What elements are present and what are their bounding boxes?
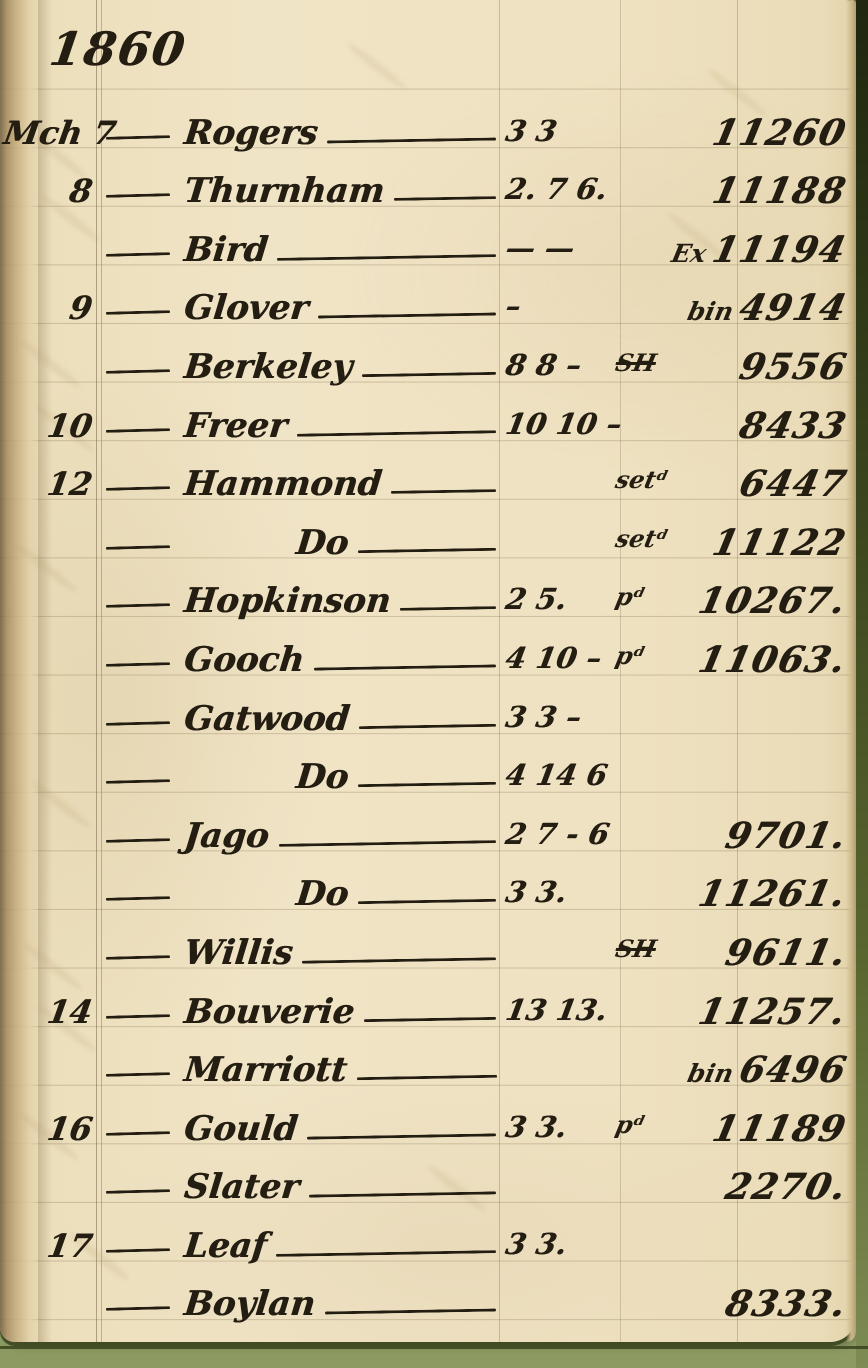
row-number: 9701. (721, 815, 850, 857)
row-number-group: 11189 (706, 1108, 846, 1150)
row-name: Gatwood (182, 702, 351, 742)
row-name-group: Rogers (184, 116, 496, 156)
row-leading-dash (106, 1014, 170, 1019)
ledger-row: 10 Freer 10 10 – 8433 (0, 390, 856, 449)
row-name-group: Bird (184, 233, 496, 273)
row-number: 11260 (709, 112, 851, 154)
row-number-group: bin 4914 (688, 287, 846, 329)
row-amount: 8 8 – (503, 348, 617, 382)
row-name: Berkeley (182, 350, 354, 390)
row-name-dash (276, 1250, 496, 1257)
ledger-row: 17 Leaf 3 3. (0, 1210, 856, 1269)
ledger-row: 16 Gould 3 3. pᵈ 11189 (0, 1093, 856, 1152)
row-number-group: 11122 (706, 522, 846, 564)
row-number-group: Ex 11194 (672, 229, 846, 271)
row-number: 8433 (735, 405, 850, 447)
ledger-row: Willis SH 9611. (0, 917, 856, 976)
row-leading-dash (106, 662, 170, 667)
row-name: Hammond (182, 467, 383, 507)
row-day: 8 (1, 172, 95, 210)
row-name-dash (277, 254, 496, 261)
row-annotation: pᵈ (613, 1110, 715, 1139)
row-name-dash (364, 1016, 496, 1021)
ledger-row: Mch 7 Rogers 3 3 11260 (0, 97, 856, 156)
row-annotation: setᵈ (613, 524, 715, 553)
row-amount: 2 7 - 6 (503, 817, 617, 851)
ledger-row: Hopkinson 2 5. pᵈ 10267. (0, 566, 856, 625)
row-number-group: 2270. (719, 1166, 846, 1208)
ledger-page: 1860 Mch 7 Rogers 3 3 11260 8 Thurnham 2… (0, 0, 856, 1342)
row-leading-dash (106, 604, 170, 609)
ledger-row: Marriott bin 6496 (0, 1035, 856, 1094)
row-leading-dash (106, 545, 170, 550)
row-number-group: 11063. (692, 639, 846, 681)
ledger-row: 8 Thurnham 2. 7 6. 11188 (0, 156, 856, 215)
row-name: Gooch (182, 643, 306, 683)
ledger-row: Do setᵈ 11122 (0, 507, 856, 566)
ledger-row: Slater 2270. (0, 1152, 856, 1211)
row-name-group: Do (184, 760, 496, 800)
row-day: 9 (1, 289, 95, 327)
row-name: Willis (182, 936, 295, 976)
row-number-prefix: bin (685, 297, 736, 326)
row-name-dash (356, 1075, 496, 1080)
row-name: Marriott (182, 1053, 349, 1093)
row-amount: – (503, 289, 617, 323)
row-day: 14 (1, 993, 95, 1031)
row-amount: 3 3. (503, 1227, 617, 1261)
row-leading-dash (106, 779, 170, 784)
year-heading: 1860 (46, 22, 190, 76)
row-name: Do (294, 760, 350, 800)
row-amount: 4 10 – (503, 641, 617, 675)
ledger-row: 12 Hammond setᵈ 6447 (0, 449, 856, 508)
row-name: Bouverie (182, 995, 356, 1035)
ledger-row: 14 Bouverie 13 13. 11257. (0, 976, 856, 1035)
row-name-dash (391, 489, 496, 494)
row-name-group: Slater (184, 1170, 496, 1210)
row-name-dash (327, 137, 496, 143)
row-number-prefix: bin (685, 1059, 736, 1088)
row-name: Rogers (182, 116, 320, 156)
book-cover-edge (856, 0, 868, 1368)
row-leading-dash (106, 721, 170, 726)
ledger-rows: Mch 7 Rogers 3 3 11260 8 Thurnham 2. 7 6… (0, 97, 856, 1327)
row-number-group: 11257. (692, 991, 846, 1033)
row-leading-dash (106, 1307, 170, 1312)
row-number-prefix: Ex (669, 239, 709, 268)
row-number: 11257. (695, 991, 851, 1033)
row-day: Mch 7 (1, 114, 95, 152)
row-amount: 13 13. (503, 993, 617, 1027)
row-name-dash (394, 196, 496, 201)
row-name: Hopkinson (182, 584, 393, 624)
row-leading-dash (106, 838, 170, 843)
row-name: Thurnham (182, 174, 386, 214)
row-name-group: Freer (184, 409, 496, 449)
row-number-group: 9556 (733, 346, 846, 388)
row-amount: 3 3. (503, 1110, 617, 1144)
cover-edge-line (0, 1346, 868, 1349)
row-name-group: Boylan (184, 1287, 496, 1327)
row-number: 11063. (695, 639, 851, 681)
row-name: Do (294, 526, 350, 566)
row-name-dash (359, 723, 496, 728)
row-name-dash (307, 1133, 496, 1139)
row-name-dash (362, 372, 496, 377)
row-number: 8333. (721, 1283, 850, 1325)
row-leading-dash (106, 1131, 170, 1136)
row-amount: 4 14 6 (503, 758, 617, 792)
row-name-group: Jago (184, 819, 496, 859)
row-leading-dash (106, 486, 170, 491)
row-amount: 10 10 – (503, 407, 617, 441)
row-name-group: Willis (184, 936, 496, 976)
row-number-group: bin 6496 (688, 1049, 846, 1091)
row-number: 4914 (735, 287, 850, 329)
row-number: 9556 (735, 346, 850, 388)
row-name-group: Bouverie (184, 995, 496, 1035)
row-name-group: Glover (184, 291, 496, 331)
row-number: 6447 (735, 463, 850, 505)
row-leading-dash (106, 955, 170, 960)
row-number: 2270. (721, 1166, 850, 1208)
ledger-row: Boylan 8333. (0, 1269, 856, 1328)
row-number-group: 11260 (706, 112, 846, 154)
row-number: 11194 (709, 229, 851, 271)
ledger-row: Do 3 3. 11261. (0, 859, 856, 918)
row-number: 11189 (709, 1108, 851, 1150)
row-name-dash (302, 957, 496, 963)
row-number: 6496 (735, 1049, 850, 1091)
row-day: 17 (1, 1227, 95, 1265)
row-number-group: 8333. (719, 1283, 846, 1325)
row-name-dash (309, 1192, 496, 1198)
ledger-row: Jago 2 7 - 6 9701. (0, 800, 856, 859)
row-name: Gould (182, 1112, 299, 1152)
row-name: Jago (182, 819, 271, 859)
ledger-row: 9 Glover – bin 4914 (0, 273, 856, 332)
row-name-group: Hammond (184, 467, 496, 507)
ledger-row: Bird — — Ex 11194 (0, 214, 856, 273)
row-name-group: Gooch (184, 643, 496, 683)
row-day: 16 (1, 1110, 95, 1148)
row-name: Do (294, 877, 350, 917)
row-name: Freer (182, 409, 289, 449)
row-leading-dash (106, 1248, 170, 1253)
row-amount: 3 3. (503, 875, 617, 909)
row-number-group: 11188 (706, 170, 846, 212)
row-leading-dash (106, 369, 170, 374)
row-name-dash (297, 430, 496, 436)
row-number: 11188 (709, 170, 851, 212)
ledger-row: Gatwood 3 3 – (0, 683, 856, 742)
row-annotation: setᵈ (613, 465, 715, 494)
row-name: Bird (182, 233, 270, 273)
row-name-dash (279, 840, 496, 847)
row-name-dash (325, 1309, 496, 1315)
row-amount: — — (503, 231, 617, 265)
row-name-dash (358, 782, 496, 787)
row-name-group: Gould (184, 1112, 496, 1152)
row-amount: 3 3 (503, 114, 617, 148)
row-name-group: Thurnham (184, 174, 496, 214)
row-name: Boylan (182, 1287, 317, 1327)
row-name-group: Marriott (184, 1053, 496, 1093)
row-name-dash (358, 548, 496, 553)
row-number-group: 10267. (692, 580, 846, 622)
row-leading-dash (106, 1072, 170, 1077)
ledger-row: Do 4 14 6 (0, 742, 856, 801)
row-name-dash (318, 313, 496, 319)
row-name-dash (314, 664, 496, 670)
row-day: 10 (1, 407, 95, 445)
row-name-group: Berkeley (184, 350, 496, 390)
row-leading-dash (106, 252, 170, 257)
row-name: Slater (182, 1170, 301, 1210)
row-number-group: 8433 (733, 405, 846, 447)
row-number-group: 6447 (733, 463, 846, 505)
row-day: 12 (1, 465, 95, 503)
ledger-row: Berkeley 8 8 – SH 9556 (0, 331, 856, 390)
row-amount: 3 3 – (503, 700, 617, 734)
ink-showthrough (345, 40, 409, 93)
row-name-dash (358, 899, 496, 904)
row-amount: 2 5. (503, 582, 617, 616)
row-name: Glover (182, 291, 310, 331)
row-annotation: SH (613, 348, 715, 377)
row-amount: 2. 7 6. (503, 172, 617, 206)
row-name-group: Leaf (184, 1229, 496, 1269)
row-number: 11261. (695, 873, 851, 915)
row-number: 11122 (709, 522, 851, 564)
row-number-group: 9701. (719, 815, 846, 857)
row-name-dash (400, 607, 496, 612)
row-number-group: 11261. (692, 873, 846, 915)
row-name-group: Gatwood (184, 702, 496, 742)
row-number-group: 9611. (719, 932, 846, 974)
row-name-group: Hopkinson (184, 584, 496, 624)
row-leading-dash (106, 896, 170, 901)
ledger-row: Gooch 4 10 – pᵈ 11063. (0, 624, 856, 683)
row-number: 9611. (721, 932, 850, 974)
row-leading-dash (106, 311, 170, 316)
row-leading-dash (106, 1189, 170, 1194)
row-leading-dash (106, 428, 170, 433)
row-number: 10267. (695, 580, 851, 622)
row-name-group: Do (184, 526, 496, 566)
row-name-group: Do (184, 877, 496, 917)
row-leading-dash (106, 193, 170, 198)
row-name: Leaf (182, 1229, 268, 1269)
row-annotation: SH (613, 934, 715, 963)
